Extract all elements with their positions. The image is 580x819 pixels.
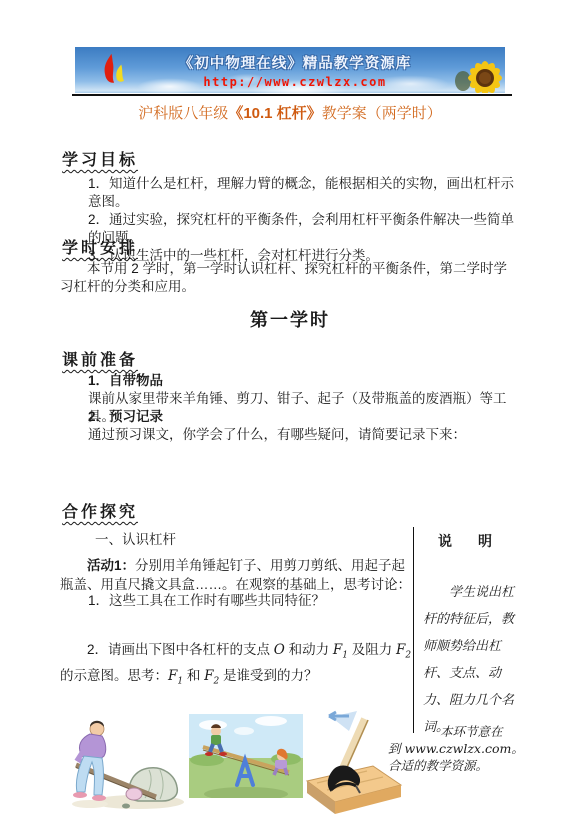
sidenote-footer-line: 本环节意在 (440, 723, 538, 740)
heading-schedule: 学时安排 (62, 235, 138, 258)
q2-variable-o: O (274, 642, 285, 658)
q2-variable-f2: F (204, 668, 213, 684)
question-2: 2．请画出下图中各杠杆的支点 O 和动力 F1 及阻力 F2 的示意图。思考：F… (60, 640, 412, 691)
q2-variable-f1: F (333, 642, 342, 658)
q2-text-run: 及阻力 (348, 642, 396, 657)
sunflower-icon (455, 51, 505, 93)
q2-variable-f2: F (396, 642, 405, 658)
prep-item-1-title: 1．自带物品 (88, 372, 518, 390)
column-divider-line (413, 527, 414, 733)
q2-text-run: 和动力 (285, 642, 333, 657)
activity-1-label: 活动1： (87, 558, 135, 573)
banner-text-block: 《初中物理在线》精品教学资源库 http://www.czwlzx.com (145, 47, 445, 93)
q2-text-run: 的示意图。思考： (60, 668, 168, 683)
session-1-title: 第一学时 (0, 306, 580, 332)
figure-seesaw (189, 714, 303, 798)
banner-site-title: 《初中物理在线》精品教学资源库 (145, 52, 445, 73)
q2-text-run: 是谁受到的力？ (219, 668, 317, 683)
sidenote-footer-line: 到 www.czwlzx.com。 (388, 740, 538, 757)
document-title: 沪科版八年级《10.1 杠杆》教学案（两学时） (0, 102, 580, 123)
prep-item-2-text: 通过预习课文，你学会了什么，有哪些疑问，请简要记录下来： (88, 426, 518, 444)
figure-hammer-nail (303, 709, 406, 815)
sidenote-footer-line: 合适的教学资源。 (388, 757, 538, 774)
title-book: 《10.1 杠杆》 (228, 105, 321, 122)
title-suffix: 教学案（两学时） (322, 105, 442, 122)
q2-text-run: 2．请画出下图中各杠杆的支点 (87, 642, 274, 657)
banner-site-url: http://www.czwlzx.com (145, 75, 445, 89)
heading-explore: 合作探究 (62, 499, 138, 522)
site-banner: 《初中物理在线》精品教学资源库 http://www.czwlzx.com (75, 47, 505, 93)
goal-item-1: 1．知道什么是杠杆，理解力臂的概念，能根据相关的实物，画出杠杆示意图。 (88, 175, 518, 211)
document-page: 《初中物理在线》精品教学资源库 http://www.czwlzx.com 沪科… (0, 0, 580, 819)
banner-divider-line (72, 94, 512, 96)
title-prefix: 沪科版八年级 (138, 105, 228, 122)
q2-subscript-2: 2 (405, 651, 411, 661)
q2-variable-f1: F (168, 668, 177, 684)
sidenote-heading: 说 明 (413, 531, 523, 551)
flame-logo-icon (97, 52, 133, 88)
q2-text-run: 和 (183, 668, 204, 683)
schedule-paragraph: 本节用 2 学时，第一学时认识杠杆、探究杠杆的平衡条件，第二学时学习杠杆的分类和… (60, 260, 518, 296)
heading-preparation: 课前准备 (62, 347, 138, 370)
sidenote-footer: 本环节意在 到 www.czwlzx.com。 合适的教学资源。 (388, 723, 538, 774)
sidenote-text: 学生说出杠杆的特征后，教师顺势给出杠杆、支点、动力、阻力几个名词。 (423, 579, 524, 741)
heading-goals: 学习目标 (62, 147, 138, 170)
activity-1-paragraph: 活动1：分别用羊角锤起钉子、用剪刀剪纸、用起子起瓶盖、用直尺撬文具盒……。在观察… (60, 556, 412, 594)
goal-item-2: 2．通过实验，探究杠杆的平衡条件，会利用杠杆平衡条件解决一些简单的问题。 (88, 211, 518, 247)
goals-list: 1．知道什么是杠杆，理解力臂的概念，能根据相关的实物，画出杠杆示意图。 2．通过… (88, 175, 518, 265)
prep-item-2-title: 2．预习记录 (88, 408, 518, 426)
figure-lever-rock (60, 712, 188, 814)
